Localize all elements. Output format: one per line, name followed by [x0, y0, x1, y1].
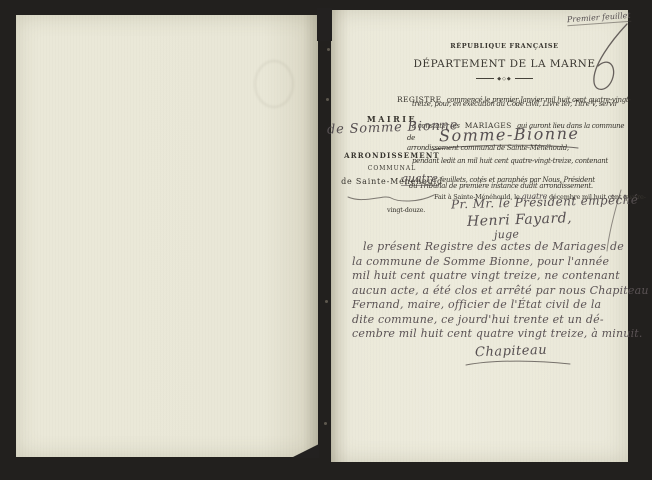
certification-line-2: vingt-douze.: [387, 206, 425, 214]
register-line-2: treize, pour, en exécution du Code civil…: [412, 100, 618, 108]
mayor-signature-handwritten: Chapiteau: [475, 343, 548, 361]
closing-line: aucun acte, a été clos et arrêté par nou…: [352, 284, 620, 299]
binding-gutter-top: [317, 8, 332, 41]
closing-line: le présent Registre des actes de Mariage…: [352, 240, 620, 255]
right-page: Premier feuillet RÉPUBLIQUE FRANÇAISE DÉ…: [331, 10, 628, 462]
closing-line: cembre mil huit cent quatre vingt treize…: [352, 327, 620, 342]
corner-note-handwritten: Premier feuillet: [567, 11, 631, 26]
left-page: [16, 15, 318, 457]
communal-label: COMMUNAL: [336, 165, 448, 172]
closing-line: Fernand, maire, officier de l'État civil…: [352, 298, 620, 313]
ornament-line-right: [515, 78, 533, 79]
signature-underline-flourish-icon: [463, 359, 573, 369]
ornament-diamonds: ◆◇◆: [497, 76, 512, 82]
closing-line: la commune de Somme Bionne, pour l'année: [352, 255, 620, 270]
department-heading: DÉPARTEMENT DE LA MARNE: [383, 58, 626, 70]
arrondissement-label: ARRONDISSEMENT: [336, 151, 448, 160]
stitch-hole: [327, 48, 330, 51]
register-line-4-label: de: [407, 134, 415, 142]
register-scan: Premier feuillet RÉPUBLIQUE FRANÇAISE DÉ…: [0, 0, 652, 480]
closing-statement: le présent Registre des actes de Mariage…: [352, 240, 620, 342]
ornament-divider: ◆◇◆: [383, 76, 626, 82]
republic-heading: RÉPUBLIQUE FRANÇAISE: [383, 42, 626, 50]
ornament-line-left: [476, 78, 494, 79]
faint-stamp-mark: [254, 60, 294, 108]
arrondissement-place-label: de Sainte-Ménéhould: [336, 177, 448, 186]
stitch-hole: [325, 300, 328, 303]
closing-line: dite commune, ce jourd'hui trente et un …: [352, 313, 620, 328]
stitch-hole: [324, 422, 327, 425]
stitch-hole: [326, 98, 329, 101]
judge-signature-handwritten: Henri Fayard,: [467, 210, 573, 230]
margin-swash-flourish-icon: [346, 192, 436, 204]
closing-line: mil huit cent quatre vingt treize, ne co…: [352, 269, 620, 284]
